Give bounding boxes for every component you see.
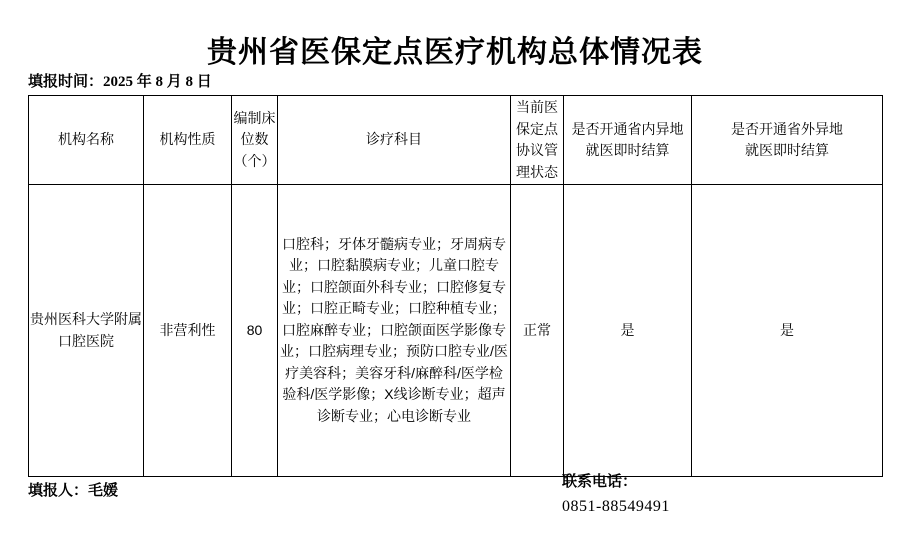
reporter-label: 填报人：毛媛 bbox=[28, 479, 118, 500]
cell-outside-province-settlement: 是 bbox=[692, 185, 883, 477]
header-intra-province-settlement: 是否开通省内异地 就医即时结算 bbox=[564, 96, 692, 185]
page-title: 贵州省医保定点医疗机构总体情况表 bbox=[0, 27, 910, 71]
table-row: 贵州医科大学附属 口腔医院 非营利性 80 口腔科；牙体牙髓病专业；牙周病专业；… bbox=[29, 185, 883, 477]
cell-org-nature: 非营利性 bbox=[144, 185, 232, 477]
header-outside-province-settlement: 是否开通省外异地 就医即时结算 bbox=[692, 96, 883, 185]
cell-agreement-status: 正常 bbox=[511, 185, 564, 477]
header-bed-count: 编制床 位数 （个） bbox=[232, 96, 278, 185]
header-departments: 诊疗科目 bbox=[278, 96, 511, 185]
cell-bed-count: 80 bbox=[232, 185, 278, 477]
header-outside-province-settlement-text: 是否开通省外异地 就医即时结算 bbox=[731, 119, 843, 162]
cell-intra-province-settlement: 是 bbox=[564, 185, 692, 477]
document-page: 贵州省医保定点医疗机构总体情况表 填报时间：2025 年 8 月 8 日 机构名… bbox=[0, 0, 910, 540]
header-org-nature: 机构性质 bbox=[144, 96, 232, 185]
cell-org-name: 贵州医科大学附属 口腔医院 bbox=[29, 185, 144, 477]
header-agreement-status: 当前医 保定点 协议管 理状态 bbox=[511, 96, 564, 185]
contact-block: 联系电话： 0851-88549491 bbox=[562, 470, 670, 516]
contact-phone-number: 0851-88549491 bbox=[562, 498, 670, 516]
contact-phone-label: 联系电话： bbox=[562, 470, 670, 491]
cell-departments: 口腔科；牙体牙髓病专业；牙周病专业；口腔黏膜病专业；儿童口腔专业；口腔颌面外科专… bbox=[278, 185, 511, 477]
table-header-row: 机构名称 机构性质 编制床 位数 （个） 诊疗科目 当前医 保定点 协议管 理状… bbox=[29, 96, 883, 185]
institutions-table: 机构名称 机构性质 编制床 位数 （个） 诊疗科目 当前医 保定点 协议管 理状… bbox=[28, 95, 883, 477]
report-time-label: 填报时间：2025 年 8 月 8 日 bbox=[28, 70, 212, 91]
header-intra-province-settlement-text: 是否开通省内异地 就医即时结算 bbox=[572, 119, 684, 162]
header-org-name: 机构名称 bbox=[29, 96, 144, 185]
